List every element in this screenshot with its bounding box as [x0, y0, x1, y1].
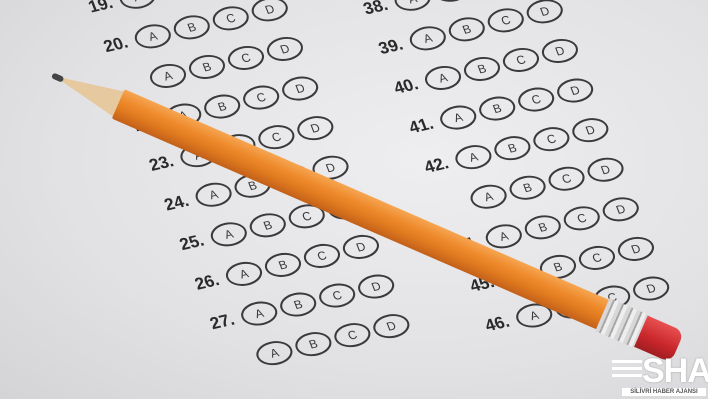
watermark-logo: SHA SİLİVRİ HABER AJANSI: [612, 354, 708, 399]
bubble-d[interactable]: D: [263, 34, 307, 65]
bubble-a[interactable]: A: [253, 338, 297, 369]
pencil-tip: [48, 63, 125, 117]
bubble-c[interactable]: C: [514, 84, 558, 115]
question-number: 19.: [66, 0, 124, 22]
question-number: 40.: [371, 73, 429, 104]
question-number: 23.: [127, 150, 185, 181]
question-number: 38.: [341, 0, 399, 24]
question-number: 25.: [157, 229, 215, 260]
question-number: 26.: [172, 269, 230, 300]
bubble-d[interactable]: D: [568, 115, 612, 146]
bubble-c[interactable]: C: [330, 320, 374, 351]
bubble-b[interactable]: B: [292, 329, 336, 360]
bubble-c[interactable]: C: [209, 3, 253, 34]
bubble-d[interactable]: D: [599, 194, 643, 225]
bubble-d[interactable]: D: [553, 75, 597, 106]
bubble-b[interactable]: B: [491, 133, 535, 164]
question-number: 41.: [386, 112, 444, 143]
bubble-b[interactable]: B: [445, 14, 489, 45]
bubble-b[interactable]: B: [276, 289, 320, 320]
bubble-d[interactable]: D: [339, 232, 383, 263]
bubble-b[interactable]: B: [475, 93, 519, 124]
bubble-d[interactable]: D: [629, 273, 673, 304]
logo-text: SHA: [642, 352, 708, 391]
bubble-c[interactable]: C: [545, 163, 589, 194]
bubble-c[interactable]: C: [239, 82, 283, 113]
bubble-d[interactable]: D: [369, 311, 413, 342]
bubble-b[interactable]: B: [155, 0, 199, 3]
logo-subtitle: SİLİVRİ HABER AJANSI: [622, 388, 706, 396]
bubble-d[interactable]: D: [278, 73, 322, 104]
bubble-b[interactable]: B: [506, 172, 550, 203]
bubble-b[interactable]: B: [261, 250, 305, 281]
question-number: 24.: [142, 189, 200, 220]
bubble-d[interactable]: D: [538, 36, 582, 67]
bubble-b[interactable]: B: [185, 52, 229, 83]
question-number: 46.: [462, 310, 520, 341]
logo-stripes-icon: [612, 360, 642, 381]
question-number: 27.: [187, 308, 245, 339]
bubble-d[interactable]: D: [614, 234, 658, 265]
answer-sheet-photo: 19. A B C D 20. A B C D 21. A B C D 22. …: [0, 0, 708, 399]
bubble-c[interactable]: C: [499, 45, 543, 76]
bubble-d[interactable]: D: [248, 0, 292, 25]
question-number: 42.: [402, 152, 460, 183]
bubble-b[interactable]: B: [521, 212, 565, 243]
bubble-b[interactable]: B: [430, 0, 474, 5]
bubble-d[interactable]: D: [293, 113, 337, 144]
bubble-d[interactable]: D: [584, 154, 628, 185]
question-number: 39.: [356, 33, 414, 64]
bubble-b[interactable]: B: [170, 12, 214, 43]
bubble-b[interactable]: B: [246, 210, 290, 241]
bubble-c[interactable]: C: [224, 43, 268, 74]
question-number: 20.: [81, 31, 139, 62]
bubble-c[interactable]: C: [575, 243, 619, 274]
bubble-d[interactable]: D: [523, 0, 567, 27]
bubble-c[interactable]: C: [484, 5, 528, 36]
bubble-c[interactable]: C: [300, 241, 344, 272]
bubble-c[interactable]: C: [529, 124, 573, 155]
bubble-b[interactable]: B: [200, 91, 244, 122]
bubble-b[interactable]: B: [460, 54, 504, 85]
bubble-c[interactable]: C: [315, 280, 359, 311]
bubble-a[interactable]: A: [146, 61, 190, 92]
bubble-a[interactable]: A: [467, 181, 511, 212]
bubble-c[interactable]: C: [560, 203, 604, 234]
bubble-d[interactable]: D: [354, 271, 398, 302]
